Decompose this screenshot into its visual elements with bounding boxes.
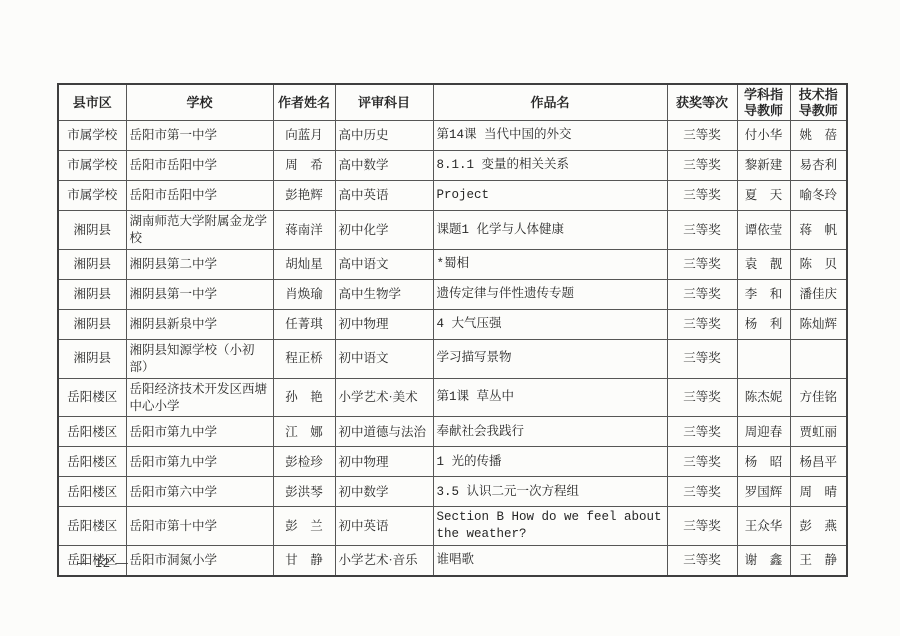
cell-school: 岳阳市第六中学	[126, 477, 273, 507]
cell-author: 胡灿星	[273, 249, 335, 279]
cell-school: 岳阳市岳阳中学	[126, 181, 273, 211]
cell-school: 岳阳市第十中学	[126, 507, 273, 546]
cell-subject-teacher: 李 和	[737, 279, 790, 309]
cell-work: Section B How do we feel about the weath…	[433, 507, 667, 546]
cell-award: 三等奖	[667, 507, 737, 546]
cell-subject-teacher: 罗国辉	[737, 477, 790, 507]
cell-award: 三等奖	[667, 447, 737, 477]
cell-tech-teacher: 贾虹丽	[790, 417, 847, 447]
cell-award: 三等奖	[667, 121, 737, 151]
cell-subject-teacher: 黎新建	[737, 151, 790, 181]
cell-author: 江 娜	[273, 417, 335, 447]
cell-subject-teacher: 付小华	[737, 121, 790, 151]
table-row: 岳阳楼区岳阳经济技术开发区西塘中心小学孙 艳小学艺术·美术第1课 草丛中三等奖陈…	[58, 378, 847, 417]
cell-school: 岳阳市第一中学	[126, 121, 273, 151]
cell-district: 岳阳楼区	[58, 417, 126, 447]
cell-subject-teacher: 杨 昭	[737, 447, 790, 477]
cell-work: 课题1 化学与人体健康	[433, 211, 667, 250]
cell-award: 三等奖	[667, 546, 737, 576]
table-row: 湘阴县湘阴县第一中学肖焕瑜高中生物学遗传定律与伴性遗传专题三等奖李 和潘佳庆	[58, 279, 847, 309]
cell-subject-teacher: 周迎春	[737, 417, 790, 447]
cell-work: 1 光的传播	[433, 447, 667, 477]
cell-work: 4 大气压强	[433, 309, 667, 339]
cell-subject: 高中历史	[335, 121, 433, 151]
cell-subject: 初中物理	[335, 309, 433, 339]
table-row: 岳阳楼区岳阳市第九中学江 娜初中道德与法治奉献社会我践行三等奖周迎春贾虹丽	[58, 417, 847, 447]
col-header-district: 县市区	[58, 84, 126, 121]
cell-award: 三等奖	[667, 339, 737, 378]
cell-award: 三等奖	[667, 249, 737, 279]
cell-subject: 初中化学	[335, 211, 433, 250]
cell-district: 岳阳楼区	[58, 378, 126, 417]
cell-subject: 小学艺术·音乐	[335, 546, 433, 576]
cell-tech-teacher: 蒋 帆	[790, 211, 847, 250]
cell-work: 3.5 认识二元一次方程组	[433, 477, 667, 507]
cell-subject-teacher: 杨 利	[737, 309, 790, 339]
cell-award: 三等奖	[667, 211, 737, 250]
cell-subject-teacher: 谢 鑫	[737, 546, 790, 576]
cell-work: 学习描写景物	[433, 339, 667, 378]
table-row: 岳阳楼区岳阳市洞氮小学甘 静小学艺术·音乐谁唱歌三等奖谢 鑫王 静	[58, 546, 847, 576]
cell-district: 湘阴县	[58, 309, 126, 339]
table-row: 湘阴县湘阴县知源学校（小初部）程正桥初中语文学习描写景物三等奖	[58, 339, 847, 378]
award-table: 县市区学校作者姓名评审科目作品名获奖等次学科指导教师技术指导教师 市属学校岳阳市…	[57, 83, 848, 577]
cell-subject: 小学艺术·美术	[335, 378, 433, 417]
cell-school: 岳阳市第九中学	[126, 447, 273, 477]
cell-tech-teacher: 陈灿辉	[790, 309, 847, 339]
cell-tech-teacher: 王 静	[790, 546, 847, 576]
cell-subject-teacher: 谭依莹	[737, 211, 790, 250]
cell-district: 湘阴县	[58, 211, 126, 250]
cell-district: 岳阳楼区	[58, 447, 126, 477]
cell-tech-teacher: 彭 燕	[790, 507, 847, 546]
cell-district: 湘阴县	[58, 279, 126, 309]
table-row: 市属学校岳阳市岳阳中学彭艳辉高中英语Project三等奖夏 天喻冬玲	[58, 181, 847, 211]
cell-school: 岳阳经济技术开发区西塘中心小学	[126, 378, 273, 417]
cell-school: 岳阳市第九中学	[126, 417, 273, 447]
cell-tech-teacher	[790, 339, 847, 378]
cell-work: 奉献社会我践行	[433, 417, 667, 447]
cell-tech-teacher: 杨昌平	[790, 447, 847, 477]
table-row: 岳阳楼区岳阳市第十中学彭 兰初中英语Section B How do we fe…	[58, 507, 847, 546]
cell-district: 岳阳楼区	[58, 477, 126, 507]
cell-district: 岳阳楼区	[58, 507, 126, 546]
cell-school: 岳阳市洞氮小学	[126, 546, 273, 576]
cell-work: *蜀相	[433, 249, 667, 279]
cell-district: 湘阴县	[58, 249, 126, 279]
cell-author: 蒋南洋	[273, 211, 335, 250]
cell-author: 向蓝月	[273, 121, 335, 151]
document-page: 县市区学校作者姓名评审科目作品名获奖等次学科指导教师技术指导教师 市属学校岳阳市…	[0, 0, 900, 636]
cell-subject-teacher: 陈杰妮	[737, 378, 790, 417]
cell-author: 甘 静	[273, 546, 335, 576]
col-header-subject-teacher: 学科指导教师	[737, 84, 790, 121]
table-row: 市属学校岳阳市岳阳中学周 希高中数学8.1.1 变量的相关关系三等奖黎新建易杏利	[58, 151, 847, 181]
cell-tech-teacher: 陈 贝	[790, 249, 847, 279]
cell-award: 三等奖	[667, 151, 737, 181]
cell-district: 湘阴县	[58, 339, 126, 378]
cell-author: 彭艳辉	[273, 181, 335, 211]
table-row: 湘阴县湘阴县新泉中学任菁琪初中物理4 大气压强三等奖杨 利陈灿辉	[58, 309, 847, 339]
cell-subject-teacher	[737, 339, 790, 378]
col-header-school: 学校	[126, 84, 273, 121]
cell-tech-teacher: 潘佳庆	[790, 279, 847, 309]
col-header-work: 作品名	[433, 84, 667, 121]
cell-author: 孙 艳	[273, 378, 335, 417]
cell-subject: 高中数学	[335, 151, 433, 181]
table-row: 湘阴县湘阴县第二中学胡灿星高中语文*蜀相三等奖袁 靓陈 贝	[58, 249, 847, 279]
cell-school: 湘阴县第一中学	[126, 279, 273, 309]
cell-author: 周 希	[273, 151, 335, 181]
table-header-row: 县市区学校作者姓名评审科目作品名获奖等次学科指导教师技术指导教师	[58, 84, 847, 121]
cell-author: 彭 兰	[273, 507, 335, 546]
cell-tech-teacher: 姚 蓓	[790, 121, 847, 151]
cell-district: 市属学校	[58, 121, 126, 151]
cell-tech-teacher: 周 晴	[790, 477, 847, 507]
cell-author: 程正桥	[273, 339, 335, 378]
cell-school: 湖南师范大学附属金龙学校	[126, 211, 273, 250]
cell-subject-teacher: 袁 靓	[737, 249, 790, 279]
cell-school: 湘阴县新泉中学	[126, 309, 273, 339]
cell-work: 遗传定律与伴性遗传专题	[433, 279, 667, 309]
table-row: 湘阴县湖南师范大学附属金龙学校蒋南洋初中化学课题1 化学与人体健康三等奖谭依莹蒋…	[58, 211, 847, 250]
cell-work: Project	[433, 181, 667, 211]
table-row: 岳阳楼区岳阳市第六中学彭洪琴初中数学3.5 认识二元一次方程组三等奖罗国辉周 晴	[58, 477, 847, 507]
cell-tech-teacher: 易杏利	[790, 151, 847, 181]
cell-tech-teacher: 喻冬玲	[790, 181, 847, 211]
cell-subject: 初中物理	[335, 447, 433, 477]
cell-award: 三等奖	[667, 181, 737, 211]
cell-subject: 高中语文	[335, 249, 433, 279]
cell-award: 三等奖	[667, 378, 737, 417]
cell-author: 任菁琪	[273, 309, 335, 339]
cell-award: 三等奖	[667, 417, 737, 447]
cell-tech-teacher: 方佳铭	[790, 378, 847, 417]
cell-work: 第14课 当代中国的外交	[433, 121, 667, 151]
cell-school: 湘阴县知源学校（小初部）	[126, 339, 273, 378]
col-header-award: 获奖等次	[667, 84, 737, 121]
cell-subject: 高中生物学	[335, 279, 433, 309]
cell-award: 三等奖	[667, 279, 737, 309]
col-header-author: 作者姓名	[273, 84, 335, 121]
cell-author: 肖焕瑜	[273, 279, 335, 309]
cell-subject-teacher: 王众华	[737, 507, 790, 546]
table-row: 岳阳楼区岳阳市第九中学彭检珍初中物理1 光的传播三等奖杨 昭杨昌平	[58, 447, 847, 477]
cell-subject: 初中数学	[335, 477, 433, 507]
cell-subject: 初中英语	[335, 507, 433, 546]
cell-subject: 初中道德与法治	[335, 417, 433, 447]
cell-author: 彭检珍	[273, 447, 335, 477]
cell-work: 谁唱歌	[433, 546, 667, 576]
cell-award: 三等奖	[667, 477, 737, 507]
cell-author: 彭洪琴	[273, 477, 335, 507]
cell-work: 8.1.1 变量的相关关系	[433, 151, 667, 181]
col-header-subject: 评审科目	[335, 84, 433, 121]
cell-school: 湘阴县第二中学	[126, 249, 273, 279]
cell-school: 岳阳市岳阳中学	[126, 151, 273, 181]
cell-district: 市属学校	[58, 151, 126, 181]
cell-subject: 初中语文	[335, 339, 433, 378]
cell-subject-teacher: 夏 天	[737, 181, 790, 211]
table-row: 市属学校岳阳市第一中学向蓝月高中历史第14课 当代中国的外交三等奖付小华姚 蓓	[58, 121, 847, 151]
col-header-tech-teacher: 技术指导教师	[790, 84, 847, 121]
cell-subject: 高中英语	[335, 181, 433, 211]
cell-district: 市属学校	[58, 181, 126, 211]
cell-award: 三等奖	[667, 309, 737, 339]
page-number: — 12 —	[77, 556, 129, 570]
cell-work: 第1课 草丛中	[433, 378, 667, 417]
